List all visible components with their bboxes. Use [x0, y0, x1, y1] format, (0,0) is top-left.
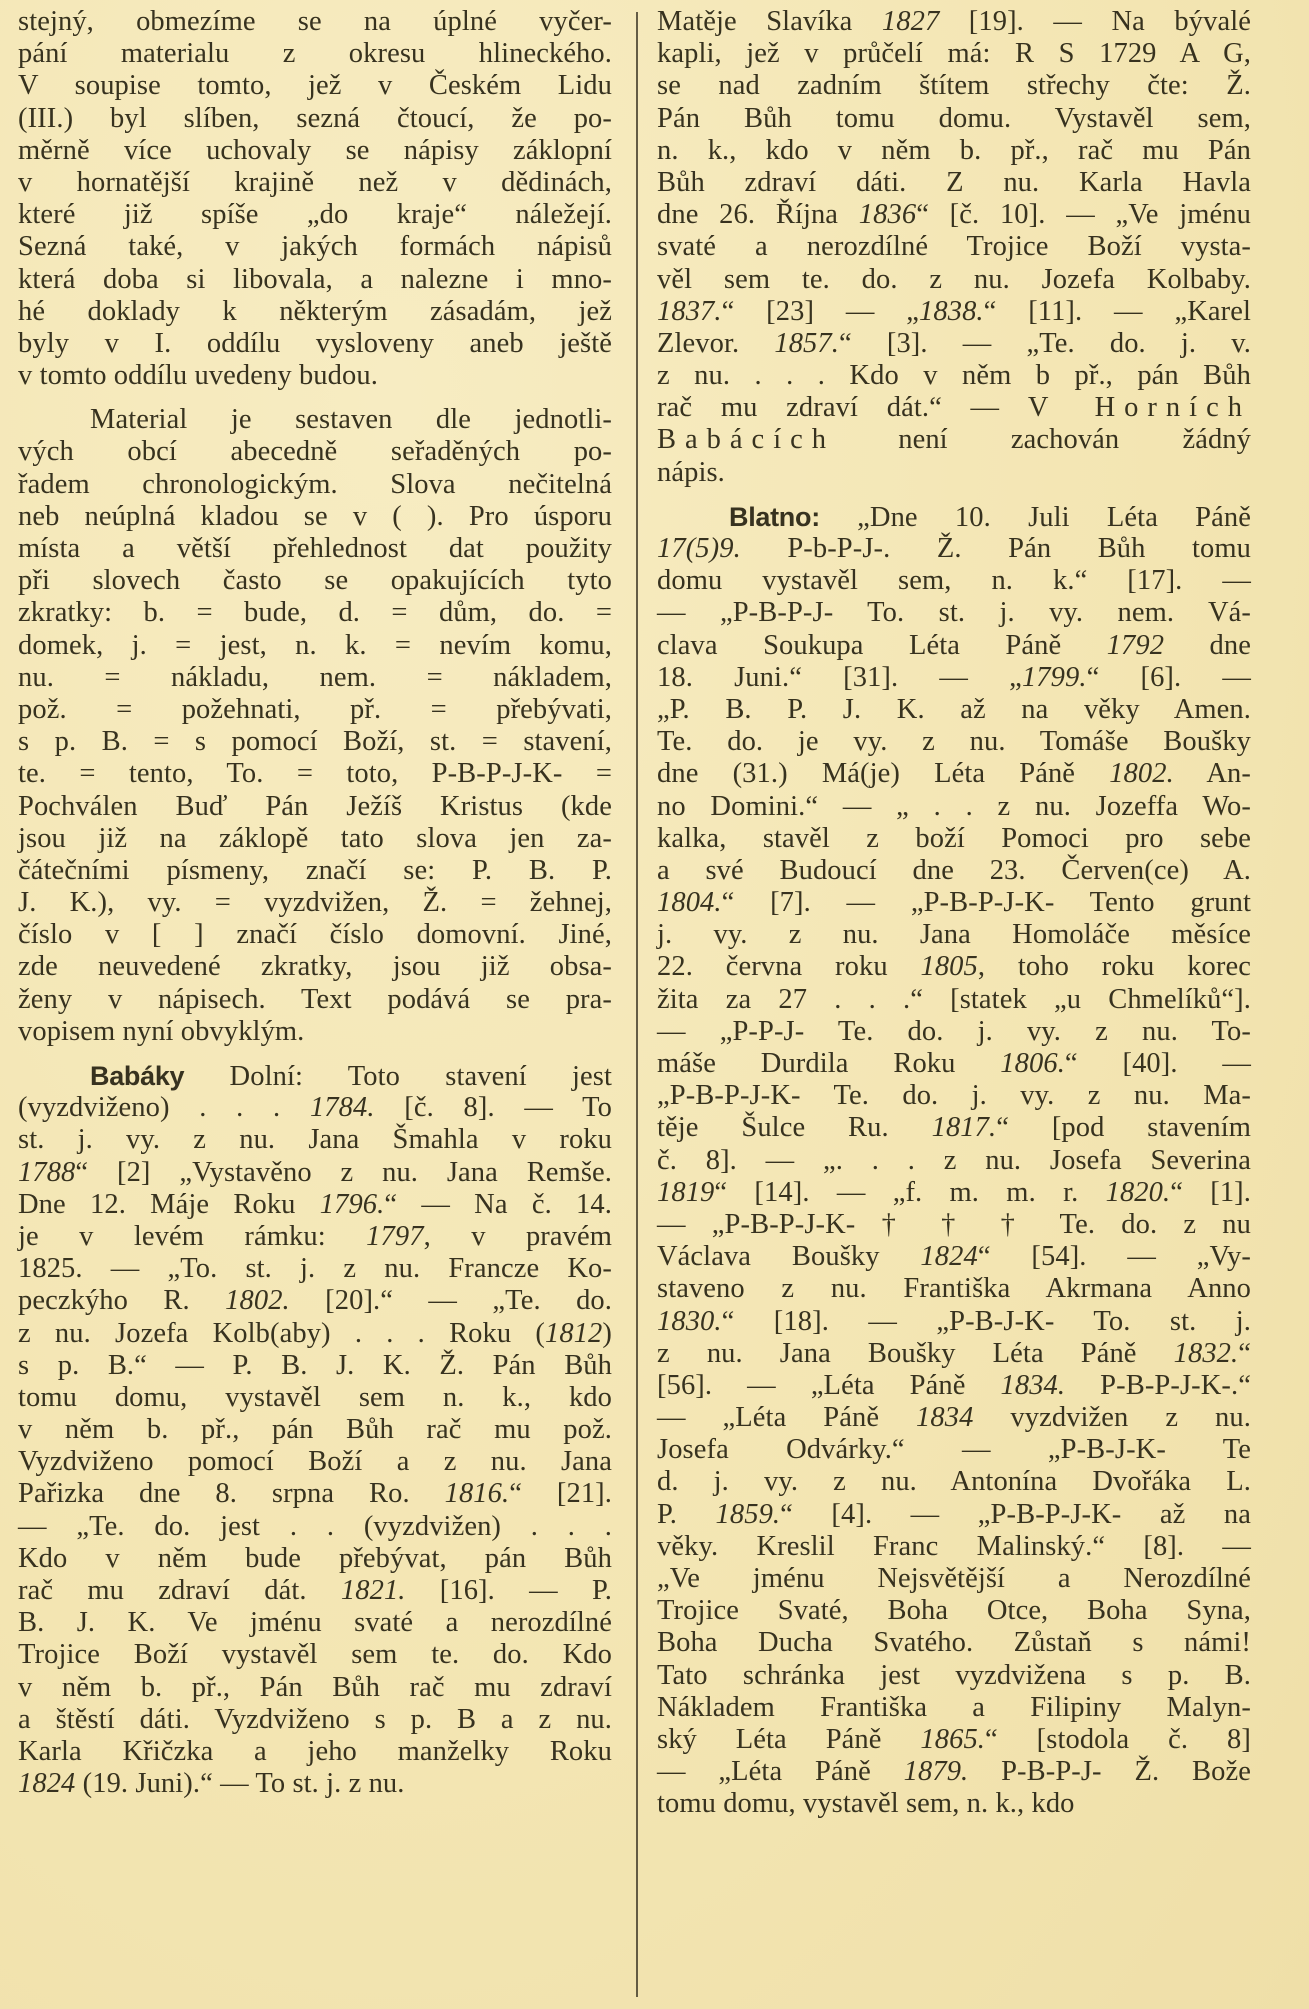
text-line: které již spíše „do kraje“ náležejí.	[18, 199, 612, 231]
text-line: Nákladem Františka a Filipiny Malyn-	[657, 1692, 1251, 1724]
text-line: B. J. K. Ve jménu svaté a nerozdílné	[18, 1607, 612, 1639]
text-line: a štěstí dáti. Vyzdviženo s p. B a z nu.	[18, 1704, 612, 1736]
text-line: místa a větší přehlednost dat použity	[18, 533, 612, 565]
text-line: Pařizka dne 8. srpna Ro. 1816.“ [21].	[18, 1478, 612, 1510]
text-line: máše Durdila Roku 1806.“ [40]. —	[657, 1048, 1251, 1080]
text-line: Boha Ducha Svatého. Zůstaň s námi!	[657, 1627, 1251, 1659]
text-line: domek, j. = jest, n. k. = nevím komu,	[18, 630, 612, 662]
text-line: byly v I. oddílu vysloveny aneb ještě	[18, 328, 612, 360]
text-line: rač mu zdraví dát. 1821. [16]. — P.	[18, 1575, 612, 1607]
text-line: 1819“ [14]. — „f. m. m. r. 1820.“ [1].	[657, 1177, 1251, 1209]
text-line: Bůh zdraví dáti. Z nu. Karla Havla	[657, 167, 1251, 199]
text-line: a své Budoucí dne 23. Červen(ce) A.	[657, 855, 1251, 887]
year-italic: 1784.	[310, 1092, 375, 1123]
paragraph-gap	[657, 489, 1251, 501]
year-italic: 1824	[18, 1768, 75, 1799]
text-line: vopisem nyní obvyklým.	[18, 1016, 612, 1048]
text-line: čátečními písmeny, značí se: P. B. P.	[18, 855, 612, 887]
text-line: j. vy. z nu. Jana Homoláče měsíce	[657, 919, 1251, 951]
paragraph-abbreviations: Material je sestaven dle jednotli-vých o…	[18, 404, 612, 1048]
text-line: Babáky Dolní: Toto stavení jest	[18, 1060, 612, 1092]
year-italic: 1820.	[1106, 1177, 1171, 1208]
year-italic: 1837.	[657, 296, 722, 327]
year-italic: 1817.	[932, 1112, 997, 1143]
text-line: pož. = požehnati, př. = přebývati,	[18, 694, 612, 726]
text-line: v něm b. př., pán Bůh rač mu pož.	[18, 1414, 612, 1446]
year-italic: 1802.	[1109, 758, 1174, 789]
text-line: Te. do. je vy. z nu. Tomáše Boušky	[657, 726, 1251, 758]
text-line: žita za 27 . . .“ [statek „u Chmelíků“].	[657, 984, 1251, 1016]
entry-heading: Babáky	[90, 1061, 184, 1091]
text-line: 1830.“ [18]. — „P-B-J-K- To. st. j.	[657, 1306, 1251, 1338]
text-line: Dne 12. Máje Roku 1796.“ — Na č. 14.	[18, 1189, 612, 1221]
text-line: tomu domu, vystavěl sem, n. k., kdo	[657, 1788, 1251, 1820]
year-italic: 1796.	[320, 1189, 385, 1220]
paragraph-babaky-cont: Matěje Slavíka 1827 [19]. — Na bývalékap…	[657, 6, 1251, 489]
text-line: svaté a nerozdílné Trojice Boží vysta-	[657, 231, 1251, 263]
text-line: z nu. Jozefa Kolb(aby) . . . Roku (1812)	[18, 1318, 612, 1350]
spaced-place-name: Babácích	[657, 424, 835, 455]
paragraph-babaky: Babáky Dolní: Toto stavení jest(vyzdviže…	[18, 1060, 612, 1800]
paragraph-blatno: Blatno: „Dne 10. Juli Léta Páně17(5)9. P…	[657, 501, 1251, 1821]
text-line: Václava Boušky 1824“ [54]. — „Vy-	[657, 1241, 1251, 1273]
text-line: věky. Kreslil Franc Malinský.“ [8]. —	[657, 1531, 1251, 1563]
text-line: s p. B.“ — P. B. J. K. Ž. Pán Bůh	[18, 1350, 612, 1382]
text-line: (III.) byl slíben, sezná čtoucí, že po-	[18, 103, 612, 135]
text-line: Babácích není zachován žádný	[657, 424, 1251, 456]
text-line: dne (31.) Má(je) Léta Páně 1802. An-	[657, 758, 1251, 790]
year-italic: 1797	[366, 1221, 423, 1252]
text-line: 1825. — „To. st. j. z nu. Francze Ko-	[18, 1253, 612, 1285]
year-italic: 1788	[18, 1157, 75, 1188]
text-line: stejný, obmezíme se na úplné vyčer-	[18, 6, 612, 38]
left-column: stejný, obmezíme se na úplné vyčer-pání …	[18, 6, 612, 1800]
text-line: no Domini.“ — „ . . z nu. Jozeffa Wo-	[657, 791, 1251, 823]
text-line: Pán Bůh tomu domu. Vystavěl sem,	[657, 103, 1251, 135]
text-line: při slovech často se opakujících tyto	[18, 565, 612, 597]
text-line: — „P-B-P-J- To. st. j. vy. nem. Vá-	[657, 597, 1251, 629]
text-line: v tomto oddílu uvedeny budou.	[18, 360, 612, 392]
year-italic: 1832.	[1174, 1338, 1239, 1369]
text-line: zkratky: b. = bude, d. = dům, do. =	[18, 597, 612, 629]
text-line: v něm b. př., Pán Bůh rač mu zdraví	[18, 1672, 612, 1704]
year-italic: 1834	[916, 1402, 973, 1433]
text-line: Vyzdviženo pomocí Boží a z nu. Jana	[18, 1446, 612, 1478]
text-line: věl sem te. do. z nu. Jozefa Kolbaby.	[657, 264, 1251, 296]
text-line: [56]. — „Léta Páně 1834. P-B-P-J-K-.“	[657, 1370, 1251, 1402]
text-line: ský Léta Páně 1865.“ [stodola č. 8]	[657, 1724, 1251, 1756]
year-italic: 1859.	[716, 1499, 781, 1530]
year-italic: 1799.	[1022, 662, 1087, 693]
year-italic: 1838.	[919, 296, 984, 327]
text-line: nápis.	[657, 457, 1251, 489]
year-italic: 1816.	[445, 1478, 510, 1509]
text-line: Material je sestaven dle jednotli-	[18, 404, 612, 436]
text-line: — „P-B-P-J-K- † † † Te. do. z nu	[657, 1209, 1251, 1241]
text-line: clava Soukupa Léta Páně 1792 dne	[657, 630, 1251, 662]
text-line: 22. června roku 1805, toho roku korec	[657, 951, 1251, 983]
text-line: P. 1859.“ [4]. — „P-B-P-J-K- až na	[657, 1499, 1251, 1531]
text-line: — „Léta Páně 1879. P-B-P-J- Ž. Bože	[657, 1756, 1251, 1788]
text-line: jsou již na záklopě tato slova jen za-	[18, 823, 612, 855]
text-line: která doba si libovala, a nalezne i mno-	[18, 264, 612, 296]
year-italic: 1802.	[225, 1285, 290, 1316]
text-line: n. k., kdo v něm b. př., rač mu Pán	[657, 135, 1251, 167]
text-line: „Ve jménu Nejsvětější a Nerozdílné	[657, 1563, 1251, 1595]
text-line: — „P-P-J- Te. do. j. vy. z nu. To-	[657, 1016, 1251, 1048]
text-line: kalka, stavěl z boží Pomoci pro sebe	[657, 823, 1251, 855]
text-line: se nad zadním štítem střechy čte: Ž.	[657, 70, 1251, 102]
text-line: 18. Juni.“ [31]. — „1799.“ [6]. —	[657, 662, 1251, 694]
text-line: Pochválen Buď Pán Ježíš Kristus (kde	[18, 791, 612, 823]
text-line: rač mu zdraví dát.“ — V Horních	[657, 392, 1251, 424]
text-line: neb neúplná kladou se v ( ). Pro úsporu	[18, 501, 612, 533]
text-line: s p. B. = s pomocí Boží, st. = stavení,	[18, 726, 612, 758]
text-line: č. 8]. — „. . . z nu. Josefa Severina	[657, 1145, 1251, 1177]
text-line: zde neuvedené zkratky, jsou již obsa-	[18, 951, 612, 983]
text-line: 1824 (19. Juni).“ — To st. j. z nu.	[18, 1768, 612, 1800]
text-line: z nu. . . . Kdo v něm b př., pán Bůh	[657, 360, 1251, 392]
text-line: pání materialu z okresu hlineckého.	[18, 38, 612, 70]
year-italic: 1819	[657, 1177, 714, 1208]
document-page: stejný, obmezíme se na úplné vyčer-pání …	[0, 0, 1309, 2009]
text-line: Matěje Slavíka 1827 [19]. — Na bývalé	[657, 6, 1251, 38]
text-line: 1804.“ [7]. — „P-B-P-J-K- Tento grunt	[657, 887, 1251, 919]
text-line: (vyzdviženo) . . . 1784. [č. 8]. — To	[18, 1092, 612, 1124]
entry-heading: Blatno:	[729, 502, 820, 532]
text-line: 1837.“ [23] — „1838.“ [11]. — „Karel	[657, 296, 1251, 328]
year-italic: 1830.	[657, 1306, 722, 1337]
paragraph-gap	[18, 392, 612, 404]
year-italic: 1824	[920, 1241, 977, 1272]
year-italic: 1792	[1107, 630, 1164, 661]
text-line: Trojice Svaté, Boha Otce, Boha Syna,	[657, 1595, 1251, 1627]
text-line: Karla Křičzka a jeho manželky Roku	[18, 1736, 612, 1768]
paragraph-gap	[18, 1048, 612, 1060]
year-italic: 1804.	[657, 887, 722, 918]
text-line: Josefa Odvárky.“ — „P-B-J-K- Te	[657, 1434, 1251, 1466]
paragraph-intro: stejný, obmezíme se na úplné vyčer-pání …	[18, 6, 612, 392]
text-line: d. j. vy. z nu. Antonína Dvořáka L.	[657, 1466, 1251, 1498]
text-line: ženy v nápisech. Text podává se pra-	[18, 984, 612, 1016]
text-line: J. K.), vy. = vyzdvižen, Ž. = žehnej,	[18, 887, 612, 919]
text-line: st. j. vy. z nu. Jana Šmahla v roku	[18, 1124, 612, 1156]
year-italic: 1879.	[904, 1756, 969, 1787]
text-line: číslo v [ ] značí číslo domovní. Jiné,	[18, 919, 612, 951]
text-line: — „Te. do. jest . . (vyzdvižen) . . .	[18, 1511, 612, 1543]
year-italic: 1806.	[1000, 1048, 1065, 1079]
text-line: dne 26. Října 1836“ [č. 10]. — „Ve jménu	[657, 199, 1251, 231]
text-line: 17(5)9. P-b-P-J-. Ž. Pán Bůh tomu	[657, 533, 1251, 565]
text-line: 1788“ [2] „Vystavěno z nu. Jana Remše.	[18, 1157, 612, 1189]
right-column: Matěje Slavíka 1827 [19]. — Na bývalékap…	[657, 6, 1251, 1821]
text-line: v hornatější krajině než v dědinách,	[18, 167, 612, 199]
text-line: tomu domu, vystavěl sem n. k., kdo	[18, 1382, 612, 1414]
text-line: kapli, jež v průčelí má: R S 1729 A G,	[657, 38, 1251, 70]
text-line: peczkýho R. 1802. [20].“ — „Te. do.	[18, 1285, 612, 1317]
text-line: z nu. Jana Boušky Léta Páně 1832.“	[657, 1338, 1251, 1370]
text-line: Zlevor. 1857.“ [3]. — „Te. do. j. v.	[657, 328, 1251, 360]
text-line: Blatno: „Dne 10. Juli Léta Páně	[657, 501, 1251, 533]
text-line: je v levém rámku: 1797, v pravém	[18, 1221, 612, 1253]
text-line: vých obcí abecedně seřaděných po-	[18, 436, 612, 468]
text-line: Sezná také, v jakých formách nápisů	[18, 231, 612, 263]
year-italic: 1836	[859, 199, 916, 230]
text-line: domu vystavěl sem, n. k.“ [17]. —	[657, 565, 1251, 597]
year-italic: 1865.	[920, 1724, 985, 1755]
text-line: „P-B-P-J-K- Te. do. j. vy. z nu. Ma-	[657, 1080, 1251, 1112]
text-line: „P. B. P. J. K. až na věky Amen.	[657, 694, 1251, 726]
text-line: te. = tento, To. = toto, P-B-P-J-K- =	[18, 758, 612, 790]
year-italic: 1805	[920, 951, 977, 982]
spaced-place-name: V Horních	[1028, 392, 1251, 423]
text-line: nu. = nákladu, nem. = nákladem,	[18, 662, 612, 694]
year-italic: 1812	[545, 1318, 602, 1349]
text-line: řadem chronologickým. Slova nečitelná	[18, 469, 612, 501]
year-italic: 17(5)9.	[657, 533, 741, 564]
text-line: hé doklady k některým zásadám, jež	[18, 296, 612, 328]
text-line: V soupise tomto, jež v Českém Lidu	[18, 70, 612, 102]
text-line: Kdo v něm bude přebývat, pán Bůh	[18, 1543, 612, 1575]
year-italic: 1857.	[774, 328, 839, 359]
text-line: staveno z nu. Františka Akrmana Anno	[657, 1273, 1251, 1305]
text-line: Trojice Boží vystavěl sem te. do. Kdo	[18, 1639, 612, 1671]
year-italic: 1821.	[341, 1575, 406, 1606]
text-line: těje Šulce Ru. 1817.“ [pod stavením	[657, 1112, 1251, 1144]
year-italic: 1827	[882, 6, 939, 37]
text-line: měrně více uchovaly se nápisy záklopní	[18, 135, 612, 167]
column-divider	[636, 12, 638, 1997]
year-italic: 1834.	[1001, 1370, 1066, 1401]
text-line: Tato schránka jest vyzdvižena s p. B.	[657, 1660, 1251, 1692]
text-line: — „Léta Páně 1834 vyzdvižen z nu.	[657, 1402, 1251, 1434]
